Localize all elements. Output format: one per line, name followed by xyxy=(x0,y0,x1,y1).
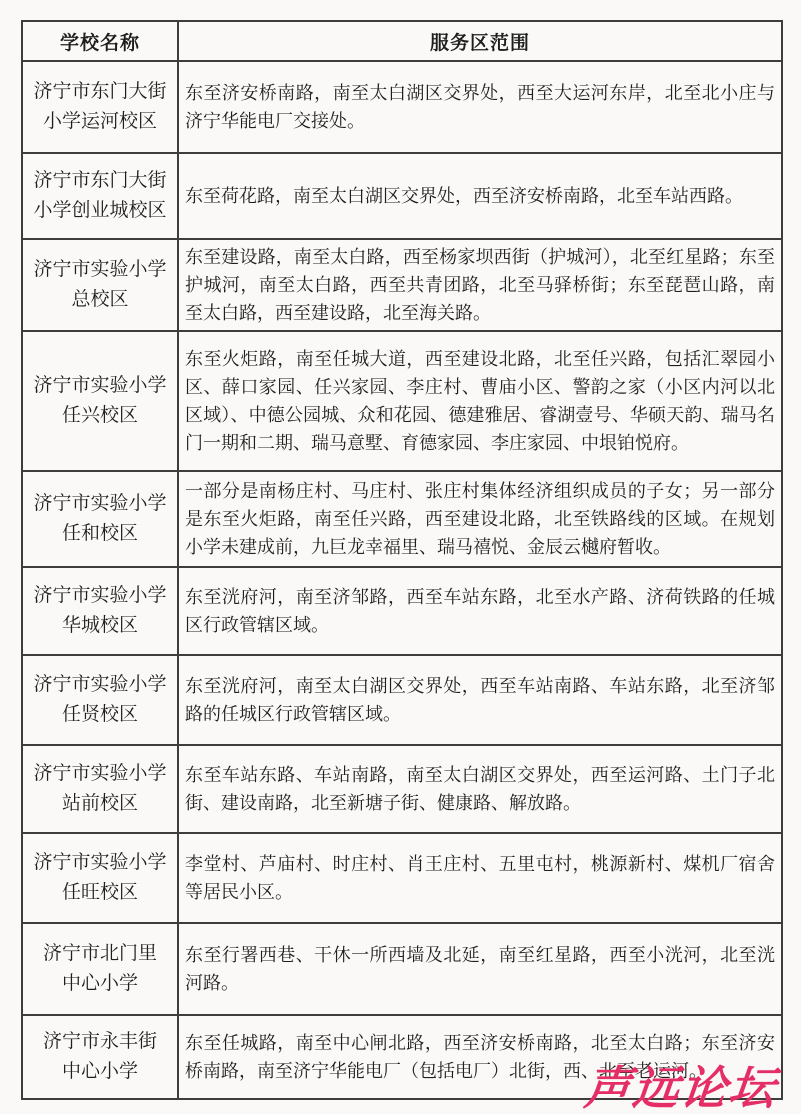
school-name-cell: 济宁市东门大街 小学运河校区 xyxy=(22,61,178,153)
service-area-cell: 一部分是南杨庄村、马庄村、张庄村集体经济组织成员的子女；另一部分是东至火炬路，南… xyxy=(178,471,782,567)
school-name-cell: 济宁市实验小学 任旺校区 xyxy=(22,833,178,923)
table-row: 济宁市实验小学 站前校区 东至车站东路、车站南路，南至太白湖区交界处，西至运河路… xyxy=(22,745,782,833)
school-name-cell: 济宁市实验小学 任和校区 xyxy=(22,471,178,567)
service-area-cell: 东至建设路，南至太白路，西至杨家坝西街（护城河），北至红星路；东至护城河，南至太… xyxy=(178,239,782,331)
service-area-cell: 东至济安桥南路，南至太白湖区交界处，西至大运河东岸，北至北小庄与济宁华能电厂交接… xyxy=(178,61,782,153)
column-header-area: 服务区范围 xyxy=(178,21,782,61)
table-row: 济宁市东门大街 小学运河校区 东至济安桥南路，南至太白湖区交界处，西至大运河东岸… xyxy=(22,61,782,153)
service-area-cell: 李堂村、芦庙村、时庄村、肖王庄村、五里屯村，桃源新村、煤机厂宿舍等居民小区。 xyxy=(178,833,782,923)
table-row: 济宁市实验小学 任和校区 一部分是南杨庄村、马庄村、张庄村集体经济组织成员的子女… xyxy=(22,471,782,567)
school-name-cell: 济宁市永丰街 中心小学 xyxy=(22,1015,178,1099)
table-row: 济宁市实验小学 任旺校区 李堂村、芦庙村、时庄村、肖王庄村、五里屯村，桃源新村、… xyxy=(22,833,782,923)
school-name-cell: 济宁市东门大街 小学创业城校区 xyxy=(22,153,178,239)
table-row: 济宁市北门里 中心小学 东至行署西巷、干休一所西墙及北延，南至红星路，西至小洸河… xyxy=(22,923,782,1015)
table-row: 济宁市实验小学 总校区 东至建设路，南至太白路，西至杨家坝西街（护城河），北至红… xyxy=(22,239,782,331)
service-area-cell: 东至荷花路，南至太白湖区交界处，西至济安桥南路，北至车站西路。 xyxy=(178,153,782,239)
service-area-cell: 东至行署西巷、干休一所西墙及北延，南至红星路，西至小洸河，北至洸河路。 xyxy=(178,923,782,1015)
school-name-cell: 济宁市实验小学 任贤校区 xyxy=(22,655,178,745)
school-name-cell: 济宁市北门里 中心小学 xyxy=(22,923,178,1015)
service-area-cell: 东至洸府河，南至济邹路，西至车站东路，北至水产路、济荷铁路的任城区行政管辖区域。 xyxy=(178,567,782,655)
service-area-cell: 东至车站东路、车站南路，南至太白湖区交界处，西至运河路、土门子北街、建设南路，北… xyxy=(178,745,782,833)
table-row: 济宁市东门大街 小学创业城校区 东至荷花路，南至太白湖区交界处，西至济安桥南路，… xyxy=(22,153,782,239)
table-row: 济宁市实验小学 任贤校区 东至洸府河，南至太白湖区交界处，西至车站南路、车站东路… xyxy=(22,655,782,745)
service-area-cell: 东至洸府河，南至太白湖区交界处，西至车站南路、车站东路，北至济邹路的任城区行政管… xyxy=(178,655,782,745)
service-area-cell: 东至火炬路，南至任城大道，西至建设北路，北至任兴路，包括汇翠园小区、薛口家园、任… xyxy=(178,331,782,471)
table-header-row: 学校名称 服务区范围 xyxy=(22,21,782,61)
school-service-area-table: 学校名称 服务区范围 济宁市东门大街 小学运河校区 东至济安桥南路，南至太白湖区… xyxy=(21,20,783,1100)
table-row: 济宁市实验小学 任兴校区 东至火炬路，南至任城大道，西至建设北路，北至任兴路，包… xyxy=(22,331,782,471)
school-name-cell: 济宁市实验小学 站前校区 xyxy=(22,745,178,833)
forum-watermark: 声远论坛 xyxy=(582,1052,801,1114)
school-name-cell: 济宁市实验小学 任兴校区 xyxy=(22,331,178,471)
table-row: 济宁市实验小学 华城校区 东至洸府河，南至济邹路，西至车站东路，北至水产路、济荷… xyxy=(22,567,782,655)
column-header-school: 学校名称 xyxy=(22,21,178,61)
school-name-cell: 济宁市实验小学 华城校区 xyxy=(22,567,178,655)
school-name-cell: 济宁市实验小学 总校区 xyxy=(22,239,178,331)
